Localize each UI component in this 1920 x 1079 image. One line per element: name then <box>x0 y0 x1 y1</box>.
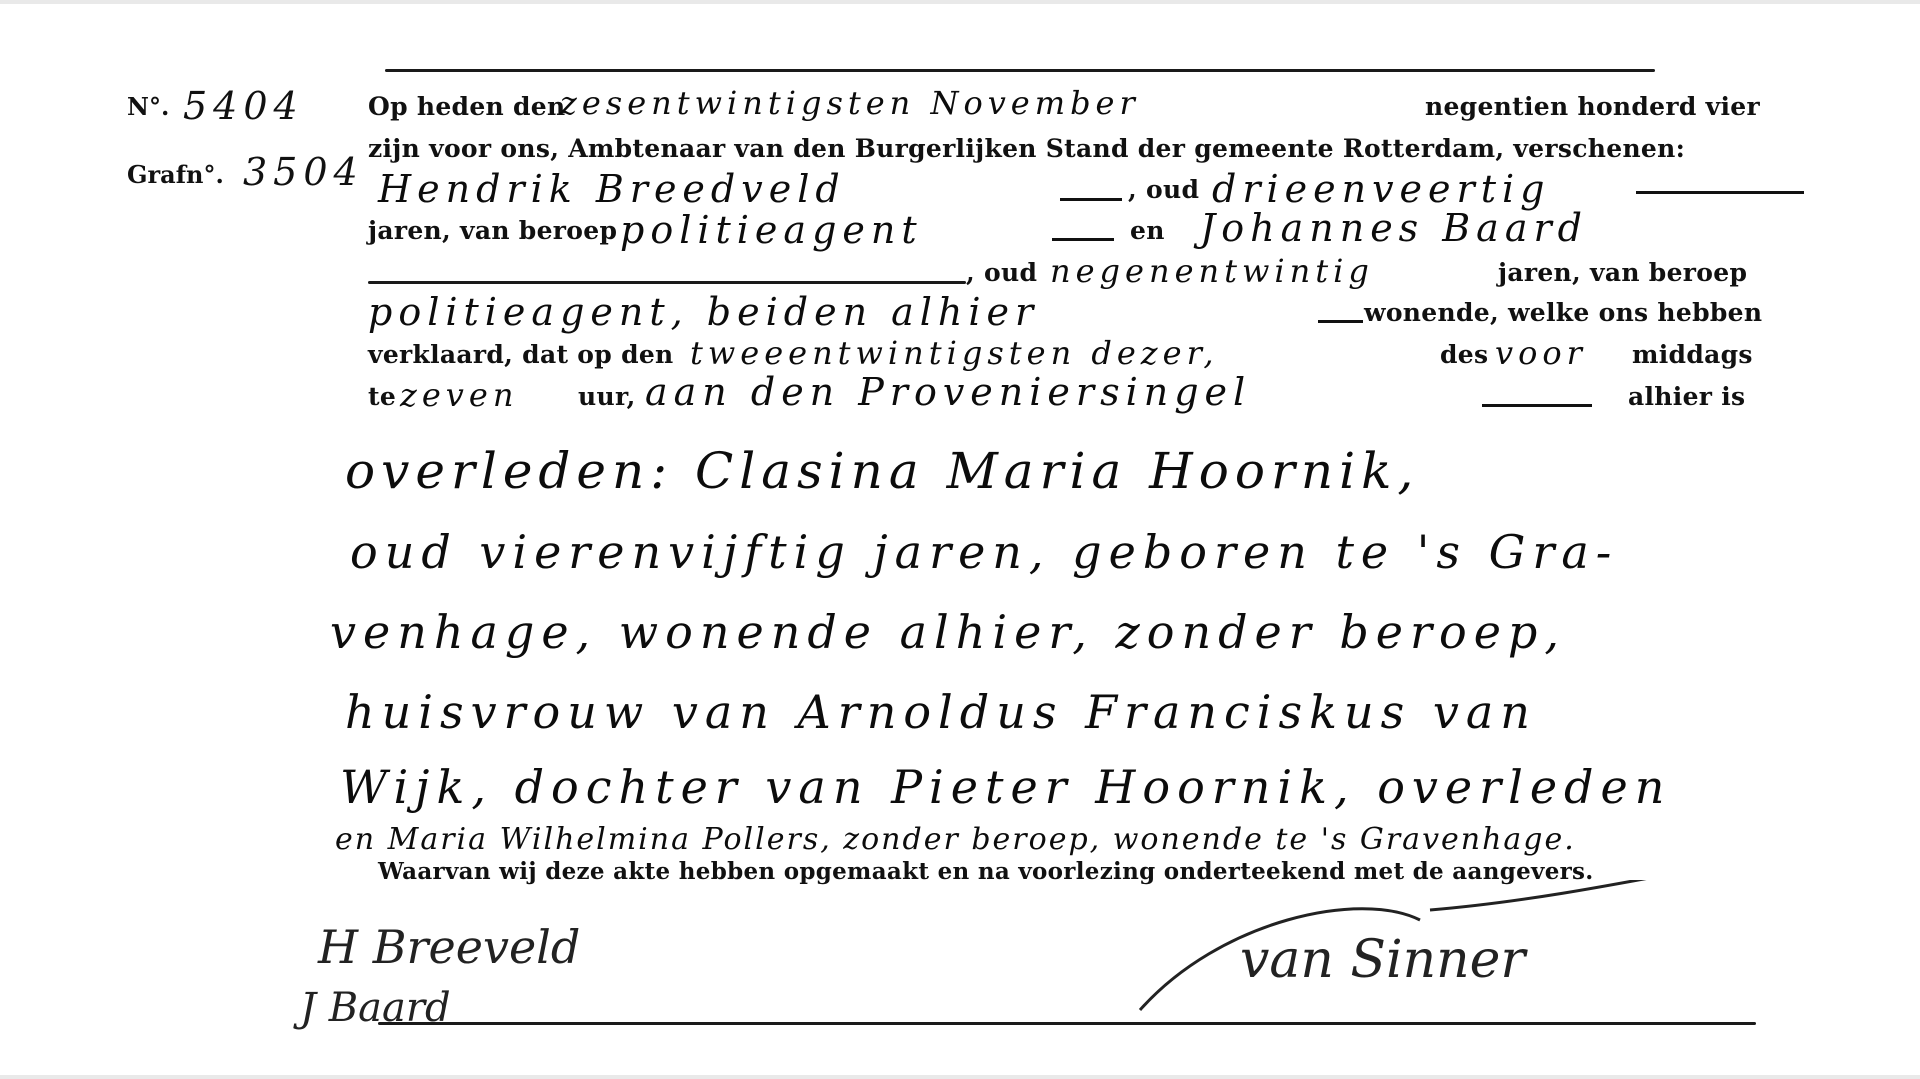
printed-text: middags <box>1632 340 1753 369</box>
handwritten-spouse: huisvrouw van Arnoldus Franciskus van <box>345 685 1537 739</box>
fill-line <box>1318 320 1363 323</box>
handwritten-time: voor <box>1495 334 1587 372</box>
bottom-border <box>0 1075 1920 1079</box>
record-number-label: N°. <box>127 92 169 121</box>
handwritten-hour: zeven <box>400 376 518 414</box>
grave-number-label: Grafn°. <box>127 160 224 189</box>
handwritten-parents: Wijk, dochter van Pieter Hoornik, overle… <box>340 760 1671 814</box>
grave-number-value: 3504 <box>243 150 364 194</box>
printed-text: negentien honderd vier <box>1425 92 1760 121</box>
printed-text: uur, <box>578 382 636 411</box>
handwritten-age: drieenveertig <box>1212 167 1550 211</box>
printed-text: Op heden den <box>368 92 565 121</box>
fill-line <box>1060 198 1122 201</box>
signature-breeveld: H Breeveld <box>318 920 580 974</box>
handwritten-residence: venhage, wonende alhier, zonder beroep, <box>330 605 1566 659</box>
printed-text: verklaard, dat op den <box>368 340 674 369</box>
handwritten-profession: politieagent, beiden alhier <box>368 290 1039 334</box>
printed-text: zijn voor ons, Ambtenaar van den Burgerl… <box>368 134 1685 163</box>
printed-text: alhier is <box>1628 382 1745 411</box>
fill-line <box>368 281 966 284</box>
record-number-value: 5404 <box>183 84 304 128</box>
printed-text: en <box>1130 216 1165 245</box>
bottom-rule <box>378 1022 1756 1025</box>
fill-line <box>1482 404 1592 407</box>
handwritten-deceased: overleden: Clasina Maria Hoornik, <box>345 442 1419 500</box>
fill-line <box>1636 191 1804 194</box>
fill-line <box>1052 238 1114 241</box>
printed-text: jaren, van beroep <box>1498 258 1747 287</box>
handwritten-age: negenentwintig <box>1050 252 1374 290</box>
handwritten-mother: en Maria Wilhelmina Pollers, zonder bero… <box>335 822 1576 857</box>
printed-text: des <box>1440 340 1488 369</box>
handwritten-name: Johannes Baard <box>1200 206 1588 250</box>
printed-text: jaren, van beroep <box>368 216 617 245</box>
top-border <box>0 0 1920 4</box>
printed-text: , oud <box>966 258 1037 287</box>
handwritten-name: Hendrik Breedveld <box>378 167 846 211</box>
top-rule <box>385 69 1655 72</box>
handwritten-profession: politieagent <box>620 208 923 252</box>
handwritten-place: aan den Proveniersingel <box>645 370 1251 414</box>
printed-text: te <box>368 382 396 411</box>
handwritten-date: tweeentwintigsten dezer, <box>690 334 1219 372</box>
handwritten-date: zesentwintigsten November <box>560 84 1140 122</box>
printed-text: wonende, welke ons hebben <box>1364 298 1762 327</box>
printed-text: , oud <box>1128 175 1199 204</box>
signature-flourish <box>1100 880 1820 1030</box>
handwritten-age-birth: oud vierenvijftig jaren, geboren te 's G… <box>350 525 1618 579</box>
